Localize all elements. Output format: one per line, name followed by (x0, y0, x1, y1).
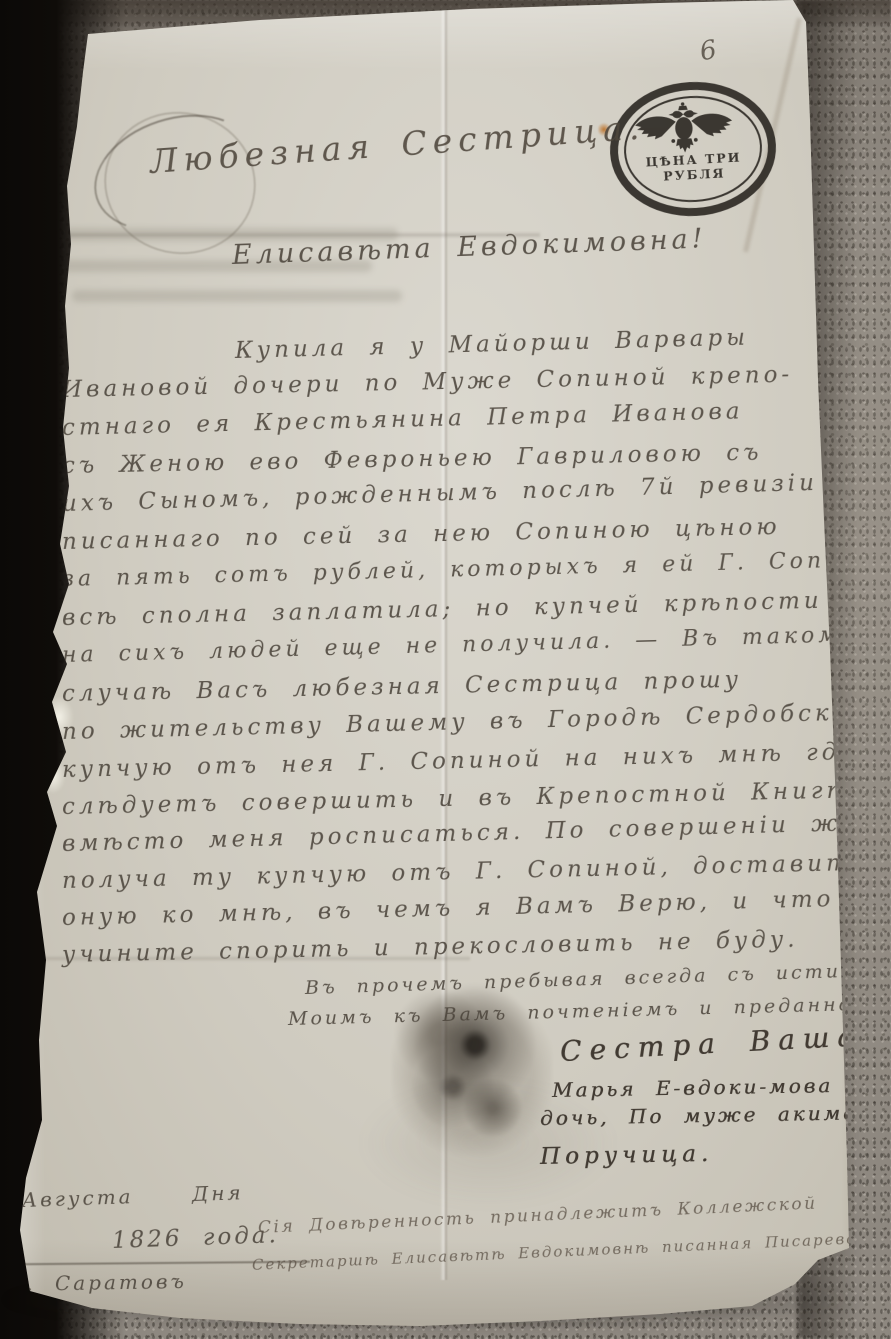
body-line: по жительству Вашему въ Городѣ Сердобскѣ (62, 700, 858, 745)
body-line: стнаго ея Крестьянина Петра Иванова (62, 398, 744, 441)
body-line: купчую отъ нея Г. Сопиной на нихъ мнѣ гд… (62, 739, 865, 783)
date-year: 1826 года. (112, 1222, 280, 1254)
date-month: Августа (22, 1184, 134, 1212)
body-line: Ивановой дочери по Муже Сопиной крепо- (62, 362, 794, 403)
signature-line: Поручица. (540, 1141, 714, 1170)
signature-line: дочь, По муже акимова (540, 1100, 888, 1130)
signature-line: Марья Е-вдоки-мова (552, 1073, 834, 1102)
body-line: учините спорить и прекословить не буду. (62, 927, 799, 968)
body-line: Купила я у Майорши Варвары (235, 325, 750, 364)
photo-scene: 6 ЦѢНА ТРИ РУБЛЯ Любезна (0, 0, 891, 1339)
place-line: Г. Саратовъ (10, 1269, 187, 1296)
closing-line: Въ прочемъ пребывая всегда съ истиннымъ (305, 958, 891, 999)
body-line: за пять сотъ рублей, которыхъ я ей Г. Со… (62, 547, 891, 592)
body-line: писаннаго по сей за нею Сопиною цѣною (62, 514, 781, 555)
signature-line: Сестра Ваша (559, 1019, 863, 1068)
date-day: Дня (192, 1180, 244, 1206)
annotation-line: Секретаршѣ Елисавѣтѣ Евдокимовнѣ писанна… (252, 1229, 870, 1274)
document-paper: 6 ЦѢНА ТРИ РУБЛЯ Любезна (0, 0, 891, 1339)
body-line: оную ко мнѣ, въ чемъ я Вамъ Верю, и что (62, 886, 835, 931)
body-line: съ Женою ево Февроньею Гавриловою съ (62, 440, 763, 479)
body-line: случаѣ Васъ любезная Сестрица прошу (62, 667, 743, 707)
showthrough-smudge (72, 290, 402, 302)
page-number: 6 (698, 35, 720, 67)
revenue-stamp: ЦѢНА ТРИ РУБЛЯ (607, 78, 780, 221)
body-line: на сихъ людей еще не получила. — Въ тако… (62, 622, 860, 668)
